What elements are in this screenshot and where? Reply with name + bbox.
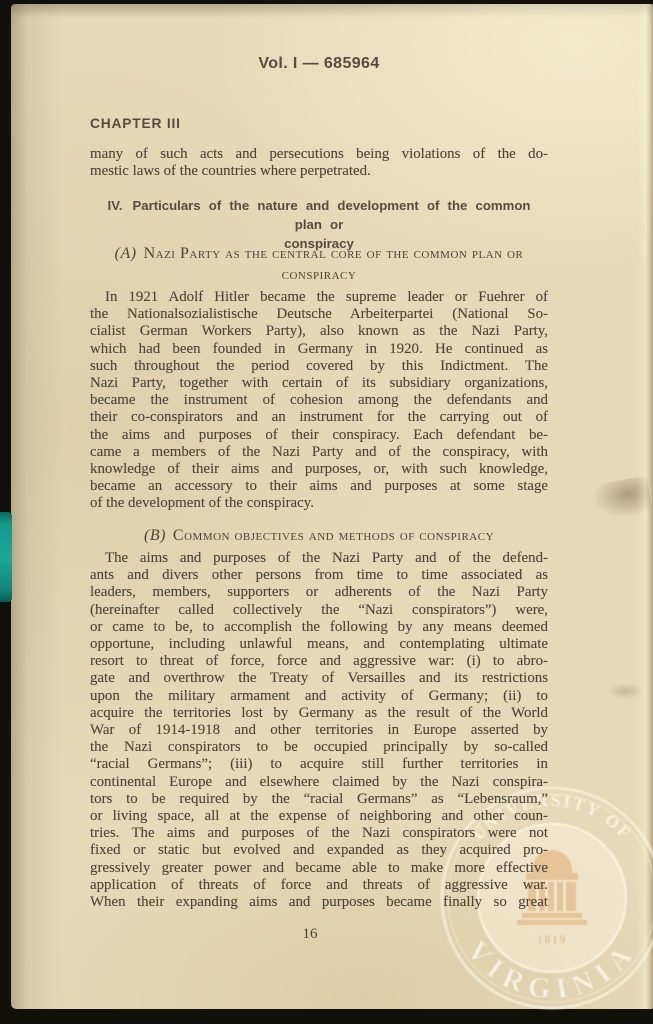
section-iv-heading-line1: IV.Particulars of the nature and develop… [90,196,548,234]
text-line: came a members of the Nazi Party and of … [90,444,548,461]
text-line: ants and divers other persons from time … [90,567,548,584]
text-line: “racial Germans”; (iii) to acquire still… [90,756,548,773]
text-line: became an accessory to their aims and pu… [90,478,548,495]
chapter-heading: CHAPTER III [90,116,548,131]
text-line: The aims and purposes of the Nazi Party … [90,550,548,567]
text-line: When their expanding aims and purposes b… [90,894,548,911]
teal-bookmark-mark [0,512,12,602]
text-line: the Nationalsozialistische Deutsche Arbe… [90,306,548,323]
text-line: cialist German Workers Party), also know… [90,323,548,340]
text-line: tors to be required by the “racial Germa… [90,791,548,808]
text-line: Nazi Party, together with certain of its… [90,375,548,392]
page-background: { "page": { "volume_header": "Vol. I — 6… [0,0,653,1024]
page-number: 16 [90,926,530,943]
text-line: acquire the territories lost by Germany … [90,705,548,722]
section-a-title-line2: conspiracy [90,264,548,285]
text-line: became the instrument of cohesion among … [90,392,548,409]
intro-paragraph: many of such acts and persecutions being… [90,146,548,180]
text-line: knowledge of their aims and purposes, or… [90,461,548,478]
section-b-paragraph: The aims and purposes of the Nazi Party … [90,550,548,911]
text-line: (hereinafter called collectively the “Na… [90,602,548,619]
text-line: resort to threat of force, force and agg… [90,653,548,670]
text-line: leaders, members, supporters or adherent… [90,584,548,601]
text-line: their co-conspirators and an instrument … [90,409,548,426]
section-iv-title: Particulars of the nature and developmen… [132,198,530,232]
seal-year: 1819 [537,932,567,946]
volume-header: Vol. I — 685964 [90,55,548,73]
text-line: mestic laws of the countries where perpe… [90,163,548,180]
text-line: fixed or static but evolved and expanded… [90,842,548,859]
section-b-heading: (B)Common objectives and methods of cons… [90,525,548,546]
section-b-title: Common objectives and methods of conspir… [173,527,494,544]
section-a-title-line1: (A)Nazi Party as the central core of the… [90,243,548,264]
section-a-title-text: Nazi Party as the central core of the co… [144,245,524,262]
text-line: or living space, all at the expense of n… [90,808,548,825]
text-line: tries. The aims and purposes of the Nazi… [90,825,548,842]
text-line: which had been founded in Germany in 192… [90,341,548,358]
text-line: of the development of the conspiracy. [90,495,548,512]
text-line: In 1921 Adolf Hitler became the supreme … [90,289,548,306]
section-b-label: (B) [144,527,166,544]
section-a-paragraph: In 1921 Adolf Hitler became the supreme … [90,289,548,513]
section-a-label: (A) [115,245,137,262]
section-a-heading: (A)Nazi Party as the central core of the… [90,243,548,285]
text-line: many of such acts and persecutions being… [90,146,548,163]
text-line: gate and overthrow the Treaty of Versail… [90,670,548,687]
text-line: continental Europe and elsewhere claimed… [90,774,548,791]
text-line: application of threats of force and thre… [90,877,548,894]
text-line: War of 1914-1918 and other territories i… [90,722,548,739]
text-line: or came to be, to accomplish the followi… [90,619,548,636]
text-line: upon the military armament and activity … [90,688,548,705]
text-line: the aims and purposes of their conspirac… [90,427,548,444]
text-line: opportune, including unlawful means, and… [90,636,548,653]
text-line: such throughout the period covered by th… [90,358,548,375]
text-line: gressively greater power and became able… [90,860,548,877]
text-line: the Nazi conspirators to be occupied pri… [90,739,548,756]
right-edge-smudge-2 [608,683,642,699]
section-iv-number: IV. [108,198,123,213]
